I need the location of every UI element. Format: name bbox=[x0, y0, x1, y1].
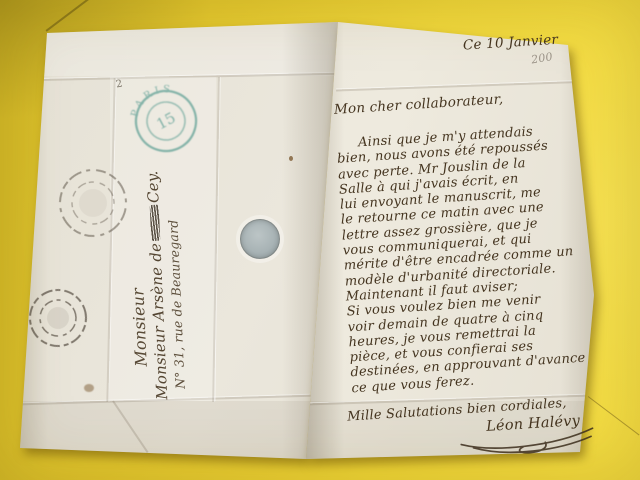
crossed-out-word bbox=[150, 205, 161, 241]
wax-seal bbox=[240, 219, 280, 259]
recipient-address: Monsieur Monsieur Arsène deCey. N° 31, r… bbox=[124, 183, 207, 401]
address-line-2-suffix: Cey. bbox=[143, 170, 162, 203]
letter-text: Ce 10 Janvier 200 Mon cher collaborateur… bbox=[330, 30, 616, 444]
pencil-price-mark: 200 bbox=[531, 50, 554, 66]
salutation: Mon cher collaborateur, bbox=[334, 85, 596, 117]
letter-body: Ainsi que je m'y attendaisbien, nous avo… bbox=[336, 120, 614, 396]
photo-of-letter: PARIS 15 bbox=[0, 0, 640, 480]
